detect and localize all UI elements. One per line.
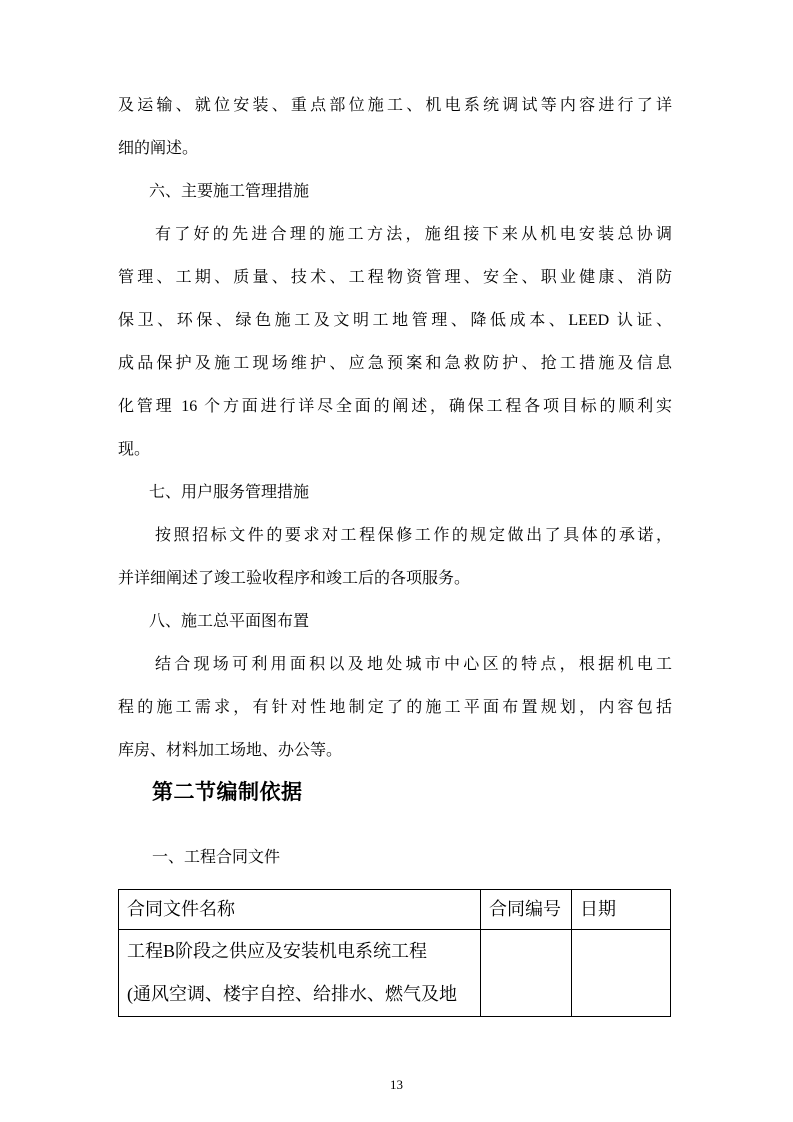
table-row: 工程B阶段之供应及安装机电系统工程 (通风空调、楼宇自控、给排水、燃气及地	[119, 930, 671, 1017]
text-line: 管理、工期、质量、技术、工程物资管理、安全、职业健康、消防	[118, 256, 672, 299]
table-header-date: 日期	[572, 890, 671, 930]
numbered-heading: 六、主要施工管理措施	[118, 170, 672, 213]
text-line: 细的阐述。	[118, 127, 672, 170]
text-line: 成品保护及施工现场维护、应急预案和急救防护、抢工措施及信息	[118, 342, 672, 385]
text-line: 化管理 16 个方面进行详尽全面的阐述，确保工程各项目标的顺利实	[118, 385, 672, 428]
text-line: 程的施工需求，有针对性地制定了的施工平面布置规划，内容包括	[118, 686, 672, 729]
table-header-contract-name: 合同文件名称	[119, 890, 481, 930]
text-line: 库房、材料加工场地、办公等。	[118, 729, 672, 772]
cell-contract-name: 工程B阶段之供应及安装机电系统工程 (通风空调、楼宇自控、给排水、燃气及地	[119, 930, 481, 1017]
contract-name-line: (通风空调、楼宇自控、给排水、燃气及地	[127, 973, 472, 1016]
subsection-heading: 一、工程合同文件	[152, 836, 672, 879]
numbered-heading: 七、用户服务管理措施	[118, 471, 672, 514]
text-line: 保卫、环保、绿色施工及文明工地管理、降低成本、LEED 认证、	[118, 299, 672, 342]
text-line: 现。	[118, 428, 672, 471]
text-line: 及运输、就位安装、重点部位施工、机电系统调试等内容进行了详	[118, 84, 672, 127]
document-body: 及运输、就位安装、重点部位施工、机电系统调试等内容进行了详 细的阐述。 六、主要…	[118, 84, 672, 1017]
text-line: 按照招标文件的要求对工程保修工作的规定做出了具体的承诺，	[118, 514, 672, 557]
text-line: 结合现场可利用面积以及地处城市中心区的特点，根据机电工	[118, 643, 672, 686]
text-line: 并详细阐述了竣工验收程序和竣工后的各项服务。	[118, 557, 672, 600]
cell-contract-no	[481, 930, 572, 1017]
cell-date	[572, 930, 671, 1017]
table-header-row: 合同文件名称 合同编号 日期	[119, 890, 671, 930]
contract-files-table: 合同文件名称 合同编号 日期 工程B阶段之供应及安装机电系统工程 (通风空调、楼…	[118, 889, 671, 1017]
contract-name-line: 工程B阶段之供应及安装机电系统工程	[127, 930, 472, 973]
text-line: 有了好的先进合理的施工方法，施组接下来从机电安装总协调	[118, 213, 672, 256]
document-page: 及运输、就位安装、重点部位施工、机电系统调试等内容进行了详 细的阐述。 六、主要…	[0, 0, 793, 1122]
numbered-heading: 八、施工总平面图布置	[118, 600, 672, 643]
section-heading: 第二节编制依据	[152, 776, 672, 808]
page-number: 13	[0, 1077, 793, 1093]
table-header-contract-no: 合同编号	[481, 890, 572, 930]
